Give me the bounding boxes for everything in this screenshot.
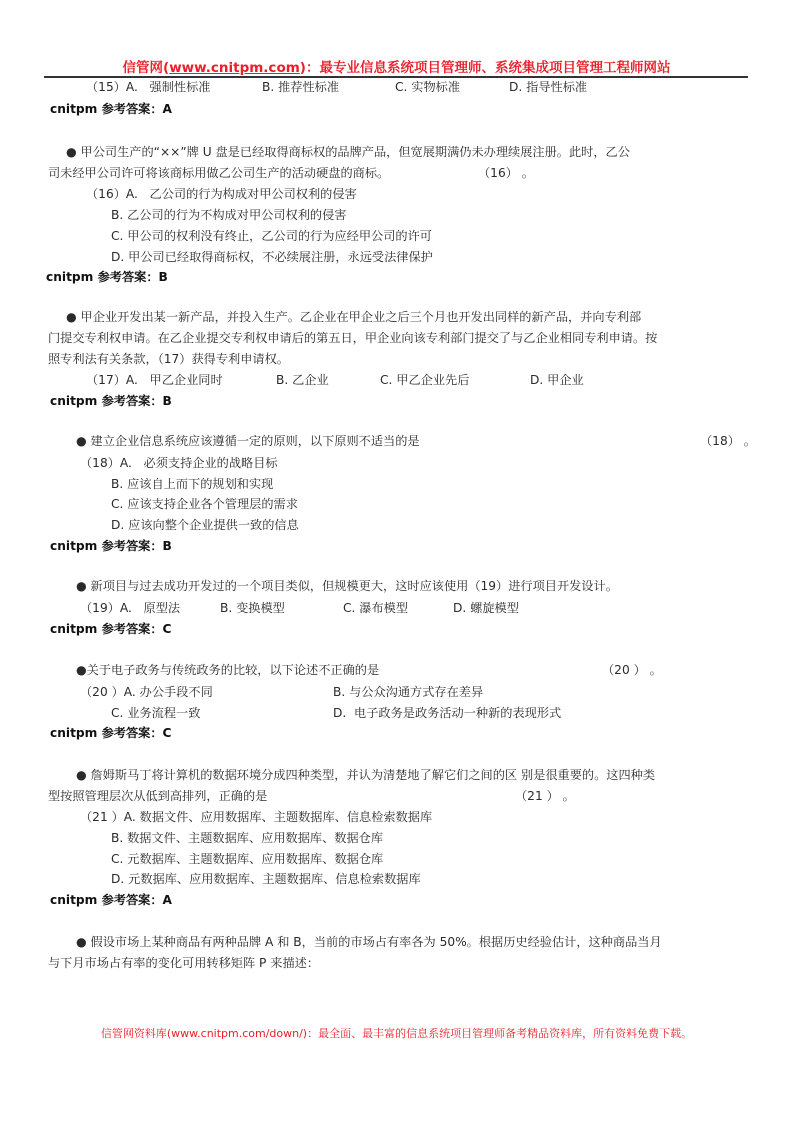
header-link[interactable]: www.cnitpm.com	[169, 60, 300, 76]
option-c: C. 甲公司的权利没有终止，乙公司的行为应经甲公司的许可	[111, 228, 432, 244]
option-a: （19）A. 原型法	[80, 600, 180, 616]
answer-20: cnitpm 参考答案：C	[50, 725, 171, 741]
option-a: （21 ）A. 数据文件、应用数据库、主题数据库、信息检索数据库	[80, 809, 432, 825]
option-c: C. 业务流程一致	[111, 705, 200, 721]
option-d: D. 甲公司已经取得商标权，不必续展注册，永远受法律保护	[111, 249, 433, 265]
answer-17: cnitpm 参考答案：B	[50, 393, 172, 409]
option-c: C. 瀑布模型	[343, 600, 408, 616]
option-d: D. 螺旋模型	[453, 600, 519, 616]
option-c: C. 元数据库、主题数据库、应用数据库、数据仓库	[111, 851, 383, 867]
page-footer: 信管网资料库(www.cnitpm.com/down/)：最全面、最丰富的信息系…	[0, 1025, 793, 1041]
question-stem-line: ● 新项目与过去成功开发过的一个项目类似，但规模更大，这时应该使用（19）进行项…	[76, 578, 618, 594]
question-stem-line: ● 甲企业开发出某一新产品，并投入生产。乙企业在甲企业之后三个月也开发出同样的新…	[66, 309, 641, 325]
question-stem-line: 门提交专利权申请。在乙企业提交专利权申请后的第五日，甲企业向该专利部门提交了与乙…	[48, 330, 657, 346]
option-b: B. 乙企业	[276, 372, 329, 388]
answer-18: cnitpm 参考答案：B	[50, 538, 172, 554]
question-stem-line: ● 建立企业信息系统应该遵循一定的原则，以下原则不适当的是	[76, 433, 420, 449]
option-d: D. 甲企业	[530, 372, 584, 388]
header-suffix: )：最专业信息系统项目管理师、系统集成项目管理工程师网站	[300, 60, 671, 76]
question-stem-line: 照专利法有关条款，（17）获得专利申请权。	[48, 351, 289, 367]
question-stem-line: ● 假设市场上某种商品有两种品牌 A 和 B，当前的市场占有率各为 50%。根据…	[76, 934, 662, 950]
option-b: B. 变换模型	[220, 600, 285, 616]
option-d: D. 元数据库、应用数据库、主题数据库、信息检索数据库	[111, 871, 421, 887]
answer-16: cnitpm 参考答案：B	[46, 269, 168, 285]
question-stem-line: 型按照管理层次从低到高排列，正确的是	[48, 788, 267, 804]
option-c: C. 甲乙企业先后	[380, 372, 469, 388]
answer-19: cnitpm 参考答案：C	[50, 621, 171, 637]
question-stem-line: ● 詹姆斯马丁将计算机的数据环境分成四种类型，并认为清楚地了解它们之间的区 别是…	[76, 767, 655, 783]
option-b: B. 与公众沟通方式存在差异	[333, 684, 483, 700]
question-blank: （20 ） 。	[602, 662, 662, 678]
option-b: B. 数据文件、主题数据库、应用数据库、数据仓库	[111, 830, 383, 846]
option-a: （20 ）A. 办公手段不同	[80, 684, 213, 700]
option-a: （15）A. 强制性标准	[86, 79, 210, 95]
option-d: D. 电子政务是政务活动一种新的表现形式	[333, 705, 561, 721]
page-header: 信管网(www.cnitpm.com)：最专业信息系统项目管理师、系统集成项目管…	[0, 56, 793, 76]
option-c: C. 实物标准	[395, 79, 460, 95]
question-stem-line: 与下月市场占有率的变化可用转移矩阵 P 来描述：	[48, 955, 319, 971]
option-a: （17）A. 甲乙企业同时	[86, 372, 223, 388]
header-divider	[44, 76, 748, 78]
answer-15: cnitpm 参考答案：A	[50, 101, 172, 117]
option-c: C. 应该支持企业各个管理层的需求	[111, 496, 298, 512]
question-stem-line: 司未经甲公司许可将该商标用做乙公司生产的活动硬盘的商标。	[48, 165, 389, 181]
option-d: D. 指导性标准	[509, 79, 587, 95]
question-blank: （21 ） 。	[515, 788, 575, 804]
option-b: B. 推荐性标准	[262, 79, 339, 95]
question-stem-line: ●关于电子政务与传统政务的比较，以下论述不正确的是	[76, 662, 379, 678]
document-page: 信管网(www.cnitpm.com)：最专业信息系统项目管理师、系统集成项目管…	[0, 0, 793, 1122]
question-stem-line: ● 甲公司生产的“××”牌 U 盘是已经取得商标权的品牌产品，但宽展期满仍未办理…	[66, 144, 630, 160]
question-blank: （16） 。	[478, 165, 534, 181]
option-b: B. 应该自上而下的规划和实现	[111, 476, 273, 492]
question-blank: （18） 。	[700, 433, 756, 449]
option-d: D. 应该向整个企业提供一致的信息	[111, 517, 299, 533]
option-a: （18）A. 必须支持企业的战略目标	[80, 455, 278, 471]
option-a: （16）A. 乙公司的行为构成对甲公司权利的侵害	[86, 186, 357, 202]
header-prefix: 信管网(	[123, 60, 170, 76]
answer-21: cnitpm 参考答案：A	[50, 892, 172, 908]
option-b: B. 乙公司的行为不构成对甲公司权利的侵害	[111, 207, 347, 223]
